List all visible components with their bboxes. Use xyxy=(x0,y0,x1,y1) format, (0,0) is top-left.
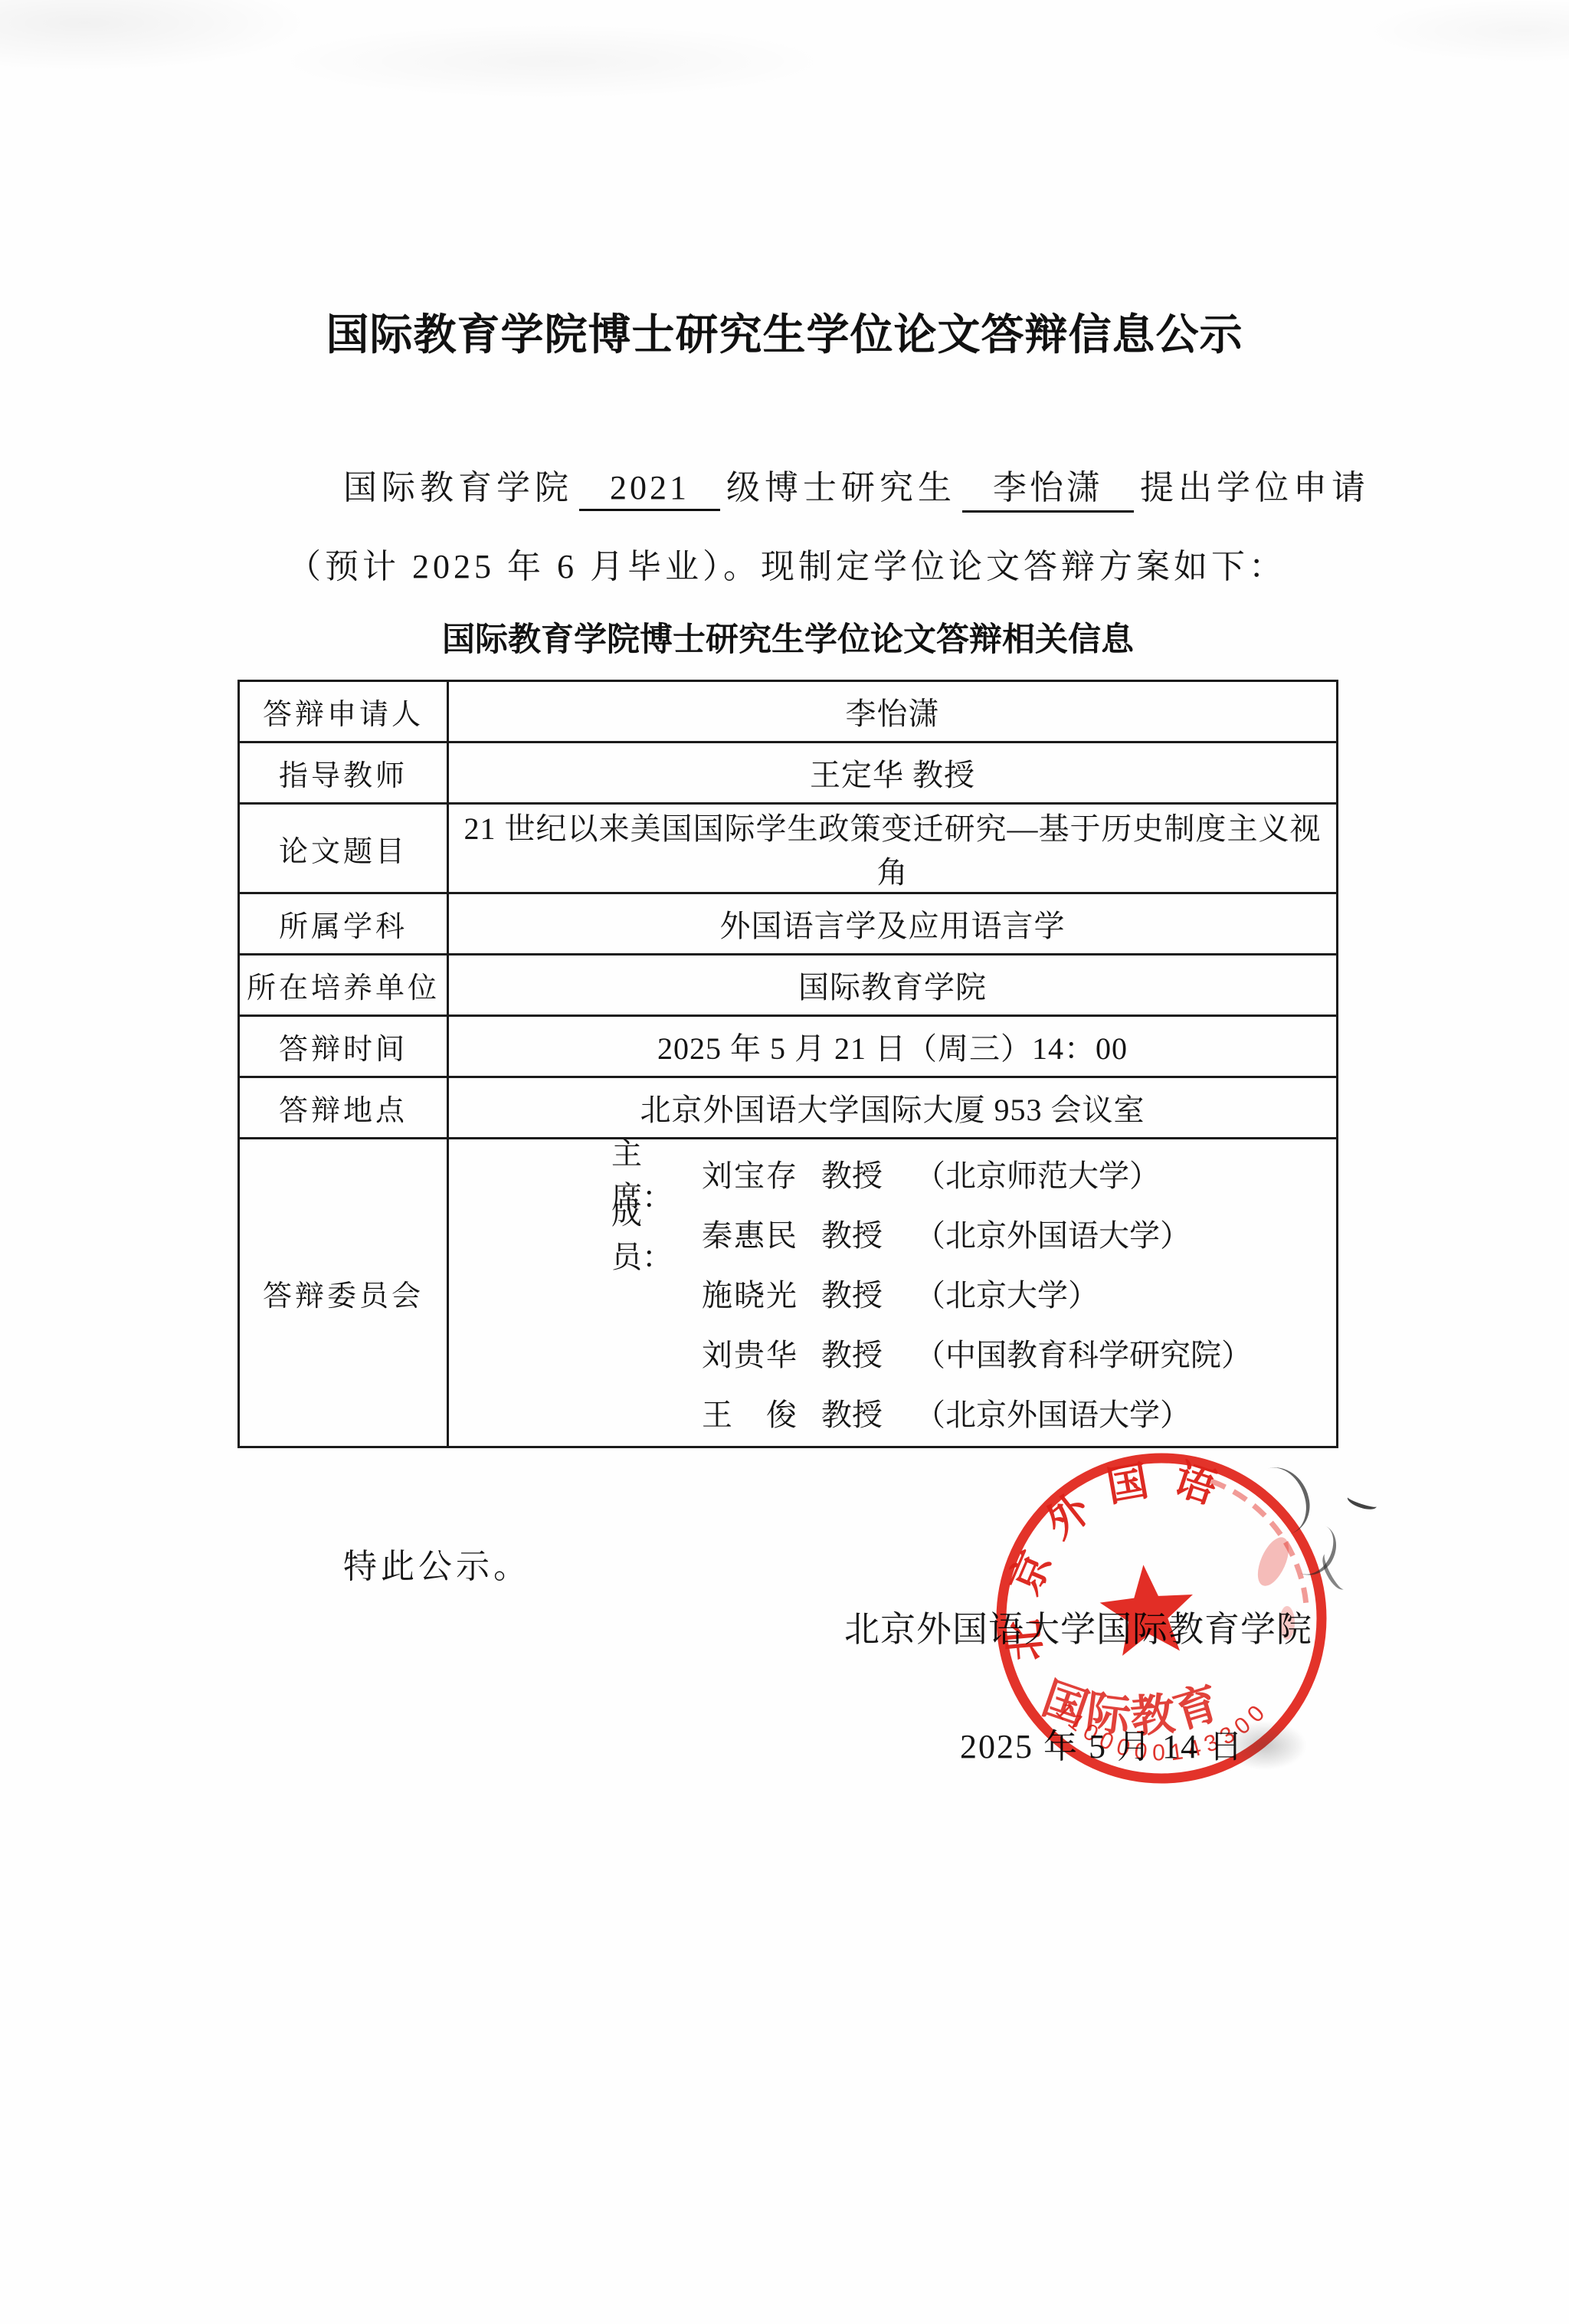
seal-ink-blotch xyxy=(1279,1606,1295,1640)
intro-segment3: 提出学位申请 xyxy=(1140,469,1370,506)
notice-document-page: 国际教育学院博士研究生学位论文答辩信息公示 国际教育学院2021级博士研究生李怡… xyxy=(0,0,1569,2324)
page-title: 国际教育学院博士研究生学位论文答辩信息公示 xyxy=(0,301,1569,362)
intro-segment1: 国际教育学院 xyxy=(343,469,573,506)
closing-statement: 特此公示。 xyxy=(343,1539,531,1588)
committee-members-cell: 主席：刘宝存教授（北京师范大学） 成员：秦惠民教授（北京外国语大学） 施晓光教授… xyxy=(448,1139,1338,1447)
table-row: 所在培养单位 国际教育学院 xyxy=(239,955,1338,1016)
table-row: 指导教师 王定华 教授 xyxy=(239,742,1338,804)
committee-member: 成员：秦惠民教授（北京外国语大学） xyxy=(449,1203,1336,1263)
table-caption: 国际教育学院博士研究生学位论文答辩相关信息 xyxy=(237,614,1338,660)
member-name: 秦惠民 xyxy=(702,1211,821,1255)
pen-mark xyxy=(1346,1491,1379,1513)
seal-star-icon xyxy=(1097,1561,1197,1657)
row-label: 论文题目 xyxy=(239,804,448,893)
row-label: 答辩申请人 xyxy=(239,681,448,742)
table-row: 答辩时间 2025 年 5 月 21 日（周三）14：00 xyxy=(239,1016,1338,1077)
table-row: 答辩申请人 李怡潇 xyxy=(239,681,1338,742)
member-name: 施晓光 xyxy=(702,1271,821,1315)
table-row: 答辩地点 北京外国语大学国际大厦 953 会议室 xyxy=(239,1077,1338,1139)
applicant-blank: 李怡潇 xyxy=(962,460,1134,513)
member-name: 刘贵华 xyxy=(702,1331,821,1375)
member-title: 教授 xyxy=(821,1271,883,1315)
committee-member: 施晓光教授（北京大学） xyxy=(449,1263,1336,1323)
member-affiliation: （北京外国语大学） xyxy=(915,1211,1191,1255)
member-title: 教授 xyxy=(821,1152,883,1195)
faded-ink-smudge xyxy=(1223,1721,1307,1770)
row-label: 所属学科 xyxy=(239,893,448,955)
table-row: 所属学科 外国语言学及应用语言学 xyxy=(239,893,1338,955)
committee-member: 刘贵华教授（中国教育科学研究院） xyxy=(449,1323,1336,1382)
row-value: 王定华 教授 xyxy=(448,742,1338,804)
member-affiliation: （北京大学） xyxy=(915,1271,1099,1315)
seal-ink-blotch xyxy=(1252,1532,1295,1590)
member-affiliation: （北京外国语大学） xyxy=(915,1391,1191,1434)
member-name: 王 俊 xyxy=(702,1391,821,1434)
intro-paragraph-line2: （预计 2025 年 6 月毕业）。现制定学位论文答辩方案如下： xyxy=(287,539,1286,588)
row-value: 外国语言学及应用语言学 xyxy=(448,893,1338,955)
member-title: 教授 xyxy=(821,1211,883,1255)
row-value: 国际教育学院 xyxy=(448,955,1338,1016)
member-affiliation: （北京师范大学） xyxy=(915,1152,1160,1195)
member-role: 成员： xyxy=(611,1189,702,1277)
member-title: 教授 xyxy=(821,1331,883,1375)
row-label: 答辩时间 xyxy=(239,1016,448,1077)
row-value: 21 世纪以来美国国际学生政策变迁研究—基于历史制度主义视角 xyxy=(448,804,1338,893)
row-value: 北京外国语大学国际大厦 953 会议室 xyxy=(448,1077,1338,1139)
row-label: 所在培养单位 xyxy=(239,955,448,1016)
row-label: 指导教师 xyxy=(239,742,448,804)
committee-member: 王 俊教授（北京外国语大学） xyxy=(449,1382,1336,1442)
cohort-blank: 2021 xyxy=(579,468,720,511)
intro-paragraph-line1: 国际教育学院2021级博士研究生李怡潇提出学位申请 xyxy=(343,460,1370,513)
committee-member: 主席：刘宝存教授（北京师范大学） xyxy=(449,1143,1336,1203)
committee-row: 答辩委员会 主席：刘宝存教授（北京师范大学） 成员：秦惠民教授（北京外国语大学）… xyxy=(239,1139,1338,1447)
member-title: 教授 xyxy=(821,1391,883,1434)
row-value: 2025 年 5 月 21 日（周三）14：00 xyxy=(448,1016,1338,1077)
row-value: 李怡潇 xyxy=(448,681,1338,742)
seal-arc-text: 北京外国语 xyxy=(998,1454,1240,1663)
defense-info-table: 答辩申请人 李怡潇 指导教师 王定华 教授 论文题目 21 世纪以来美国国际学生… xyxy=(237,680,1338,1448)
intro-segment2: 级博士研究生 xyxy=(726,469,956,506)
member-affiliation: （中国教育科学研究院） xyxy=(915,1331,1252,1375)
row-label: 答辩地点 xyxy=(239,1077,448,1139)
table-row: 论文题目 21 世纪以来美国国际学生政策变迁研究—基于历史制度主义视角 xyxy=(239,804,1338,893)
committee-label: 答辩委员会 xyxy=(239,1139,448,1447)
member-name: 刘宝存 xyxy=(702,1152,821,1195)
